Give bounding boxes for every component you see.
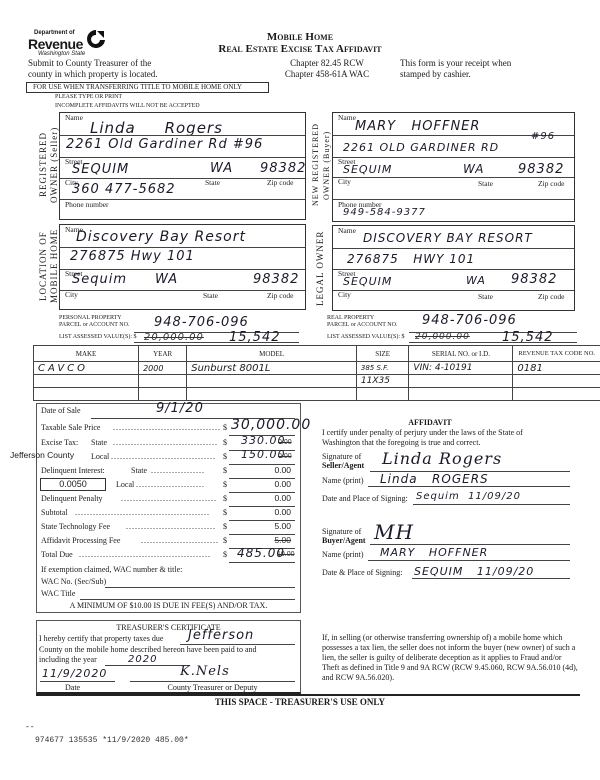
legal-city-label: City — [338, 290, 351, 299]
personal-value-field[interactable]: 15,542 — [229, 330, 281, 345]
treasurer-year-field[interactable]: 2020 — [128, 654, 157, 665]
location-section-label: LOCATION OFMOBILE HOME — [38, 226, 60, 306]
col-make: MAKE — [34, 346, 139, 362]
lien-notice: If, in selling (or otherwise transferrin… — [322, 633, 580, 683]
receipt-note-1: This form is your receipt when — [400, 58, 511, 68]
wac-no-label: WAC No. (Sec/Sub) — [41, 577, 106, 586]
buyer-name-print-label: Name (print) — [322, 550, 364, 559]
excise-state-struck: 0.00 — [278, 439, 292, 446]
personal-property-label: PERSONAL PROPERTY — [59, 315, 122, 321]
cell-size[interactable] — [356, 388, 409, 401]
location-state-field[interactable]: WA — [155, 272, 178, 287]
date-of-sale-field[interactable]: 9/1/20 — [156, 401, 204, 416]
cell-model[interactable] — [187, 375, 357, 388]
seller-block: Name Linda Rogers 2261 Old Gardiner Rd #… — [59, 112, 306, 220]
buyer-city-field[interactable]: SEQUIM — [343, 163, 392, 176]
location-name-field[interactable]: Discovery Bay Resort — [76, 229, 246, 245]
cell-size[interactable]: 385 S.F. — [356, 362, 409, 375]
legal-street-field[interactable]: 276875 HWY 101 — [347, 252, 475, 266]
tech-fee-row: State Technology Fee....................… — [41, 522, 303, 536]
buyer-date-place-field[interactable]: SEQUIM 11/09/20 — [414, 565, 534, 578]
personal-parcel-label: PARCEL or ACCOUNT NO. — [59, 322, 129, 328]
personal-value-label: LIST ASSESSED VALUE(S): $ — [59, 334, 137, 340]
location-city-label: City — [65, 290, 78, 299]
buyer-signature[interactable]: MH — [374, 520, 414, 544]
cell-year[interactable]: 2000 — [139, 362, 187, 375]
location-block: Name Discovery Bay Resort 276875 Hwy 101… — [59, 224, 306, 310]
location-zip-label: Zip code — [267, 291, 293, 300]
seller-section-label: REGISTEREDOWNER (Seller) — [38, 115, 60, 215]
treasurer-line1: I hereby certify that property taxes due — [39, 634, 163, 643]
location-zip-field[interactable]: 98382 — [253, 272, 299, 287]
seller-zip-label: Zip code — [267, 178, 293, 187]
delinquent-local-field[interactable]: 0.00 — [274, 479, 291, 489]
seller-phone-field[interactable]: 360 477-5682 — [72, 182, 176, 197]
cell-year[interactable] — [139, 375, 187, 388]
seller-name-print-field[interactable]: Linda ROGERS — [380, 472, 489, 486]
col-year: YEAR — [139, 346, 187, 362]
delinquent-state-field[interactable]: 0.00 — [274, 465, 291, 475]
seller-name-label: Name — [65, 113, 83, 122]
affidavit-text-1: I certify under penalty of perjury under… — [322, 428, 523, 437]
real-value-label: LIST ASSESSED VALUE(S): $ — [327, 334, 405, 340]
delinquent-penalty-row: Delinquent Penalty......................… — [41, 494, 303, 508]
location-street-field[interactable]: 276875 Hwy 101 — [70, 249, 195, 264]
real-property-parcel: REAL PROPERTY PARCEL or ACCOUNT NO. 948-… — [327, 315, 597, 343]
location-city-field[interactable]: Sequim — [72, 272, 127, 287]
cell-make[interactable] — [34, 375, 139, 388]
wac-no-field[interactable] — [105, 587, 295, 588]
legal-name-label: Name — [338, 226, 356, 235]
buyer-zip-field[interactable]: 98382 — [518, 162, 564, 177]
buyer-section-label: NEW REGISTEREDOWNER (Buyer) — [310, 115, 332, 215]
real-parcel-label: PARCEL or ACCOUNT NO. — [327, 322, 397, 328]
wac-title-label: WAC Title — [41, 589, 75, 598]
col-tax-code: REVENUE TAX CODE NO. — [513, 346, 600, 362]
type-notice: PLEASE TYPE OR PRINT — [55, 94, 122, 100]
col-size: SIZE — [356, 346, 409, 362]
minimum-notice: A MINIMUM OF $10.00 IS DUE IN FEE(S) AND… — [36, 601, 301, 610]
buyer-zip-label: Zip code — [538, 179, 564, 188]
excise-local-row: Local...................................… — [41, 452, 303, 466]
buyer-sig-label: Signature ofBuyer/Agent — [322, 527, 366, 545]
buyer-city-label: City — [338, 177, 351, 186]
real-value-field[interactable]: 15,542 — [502, 330, 554, 345]
exemption-label: If exemption claimed, WAC number & title… — [41, 565, 182, 574]
treasurer-date-field[interactable]: 11/9/2020 — [42, 667, 107, 680]
subtotal-field[interactable]: 0.00 — [274, 507, 291, 517]
use-notice-box: FOR USE WHEN TRANSFERRING TITLE TO MOBIL… — [26, 82, 269, 93]
legal-state-field[interactable]: WA — [466, 274, 486, 287]
legal-zip-label: Zip code — [538, 292, 564, 301]
chapter-rcw: Chapter 82.45 RCW — [262, 58, 392, 68]
submit-instructions-2: county in which property is located. — [28, 69, 157, 79]
legal-name-field[interactable]: DISCOVERY BAY RESORT — [363, 231, 533, 245]
col-serial: SERIAL NO. or I.D. — [409, 346, 513, 362]
cell-tax-code[interactable] — [513, 388, 600, 401]
treasurer-county-field[interactable]: Jefferson — [188, 628, 254, 643]
treasurer-line2: County on the mobile home described here… — [39, 645, 257, 654]
submit-instructions-1: Submit to County Treasurer of the — [28, 58, 151, 68]
cell-model[interactable] — [187, 388, 357, 401]
personal-property-parcel: PERSONAL PROPERTY PARCEL or ACCOUNT NO. … — [59, 315, 309, 343]
treasurer-date-label: Date — [65, 683, 80, 692]
legal-city-field[interactable]: SEQUIM — [343, 275, 392, 288]
cell-model[interactable]: Sunburst 8001L — [187, 362, 357, 375]
receipt-stamp: 974677 135535 *11/9/2020 485.00* — [35, 736, 189, 745]
table-header-row: MAKE YEAR MODEL SIZE SERIAL NO. or I.D. … — [34, 346, 600, 362]
buyer-date-place-label: Date & Place of Signing: — [322, 568, 402, 577]
real-value-struck: 20,000.00 — [415, 332, 470, 342]
seller-sig-label: Signature ofSeller/Agent — [322, 452, 364, 470]
seller-date-place-label: Date and Place of Signing: — [322, 494, 408, 503]
real-parcel-field[interactable]: 948-706-096 — [422, 313, 517, 328]
cell-size[interactable]: 11X35 — [356, 375, 409, 388]
buyer-state-label: State — [478, 179, 493, 188]
cell-serial[interactable] — [409, 388, 513, 401]
affidavit-text-2: Washington that the foregoing is true an… — [322, 438, 480, 447]
seller-date-place-field[interactable]: Sequim 11/09/20 — [416, 491, 521, 502]
chapter-wac: Chapter 458-61A WAC — [262, 69, 392, 79]
buyer-phone-field[interactable]: 949-584-9377 — [343, 207, 426, 218]
cell-year[interactable] — [139, 388, 187, 401]
incomplete-notice: INCOMPLETE AFFIDAVITS WILL NOT BE ACCEPT… — [55, 103, 200, 109]
buyer-name-field[interactable]: MARY HOFFNER — [355, 119, 480, 134]
col-model: MODEL — [187, 346, 357, 362]
form-title-line2: Real Estate Excise Tax Affidavit — [0, 43, 600, 55]
legal-owner-block: Name DISCOVERY BAY RESORT 276875 HWY 101… — [332, 225, 575, 311]
stamp-dash: -- — [25, 723, 35, 732]
form-title-line1: Mobile Home — [0, 31, 600, 43]
table-row: 11X35 — [34, 375, 600, 388]
buyer-name-label: Name — [338, 113, 356, 122]
cell-make[interactable] — [34, 388, 139, 401]
wac-title-field[interactable] — [80, 599, 295, 600]
treasurer-title: TREASURER'S CERTIFICATE — [36, 623, 301, 632]
personal-parcel-field[interactable]: 948-706-096 — [154, 315, 249, 330]
seller-phone-label: Phone number — [65, 200, 109, 209]
treasurer-use-only: THIS SPACE - TREASURER'S USE ONLY — [0, 697, 600, 707]
real-property-label: REAL PROPERTY — [327, 315, 374, 321]
buyer-name-print-field[interactable]: MARY HOFFNER — [380, 546, 488, 559]
tech-fee-field[interactable]: 5.00 — [274, 521, 291, 531]
seller-zip-field[interactable]: 98382 — [260, 161, 306, 176]
processing-fee-struck: 5.00 — [274, 535, 291, 545]
cell-serial[interactable]: VIN: 4-10191 — [409, 362, 513, 375]
seller-state-field[interactable]: WA — [210, 161, 233, 176]
delinquent-interest-local-row: Local....................... $ 0.00 — [41, 480, 303, 494]
treasurer-line3: including the year — [39, 655, 97, 664]
taxable-sale-price-field[interactable]: 30,000.00 — [231, 417, 311, 433]
treasurer-signer-label: County Treasurer or Deputy — [130, 683, 295, 692]
use-notice: FOR USE WHEN TRANSFERRING TITLE TO MOBIL… — [33, 83, 242, 91]
cell-make[interactable]: CAVCO — [34, 362, 139, 375]
seller-state-label: State — [205, 178, 220, 187]
receipt-note-2: stamped by cashier. — [400, 69, 471, 79]
personal-value-struck: 20,000.00 — [144, 332, 204, 343]
buyer-street-field[interactable]: 2261 OLD GARDINER RD — [343, 141, 499, 154]
seller-city-field[interactable]: SEQUIM — [72, 162, 129, 177]
mobile-home-table: MAKE YEAR MODEL SIZE SERIAL NO. or I.D. … — [33, 345, 600, 401]
excise-local-struck: 0.00 — [278, 453, 292, 460]
buyer-block: Name MARY HOFFNER #96 2261 OLD GARDINER … — [332, 112, 575, 222]
cell-tax-code[interactable]: 0181 — [513, 362, 600, 375]
total-due-row: Total Due...............................… — [41, 550, 303, 564]
total-due-struck: 10.00 — [277, 551, 295, 558]
cell-tax-code[interactable] — [513, 375, 600, 388]
subtotal-row: Subtotal................................… — [41, 508, 303, 522]
buyer-street-suffix: #96 — [531, 131, 555, 142]
seller-name-print-label: Name (print) — [322, 476, 364, 485]
table-row — [34, 388, 600, 401]
location-state-label: State — [203, 291, 218, 300]
delinquent-penalty-field[interactable]: 0.00 — [274, 493, 291, 503]
affidavit-title: AFFIDAVIT — [310, 418, 550, 427]
seller-street-field[interactable]: 2261 Old Gardiner Rd #96 — [66, 137, 263, 152]
table-row: CAVCO 2000 Sunburst 8001L 385 S.F. VIN: … — [34, 362, 600, 375]
seller-signature[interactable]: Linda Rogers — [382, 449, 502, 468]
buyer-state-field[interactable]: WA — [463, 162, 484, 176]
legal-state-label: State — [478, 292, 493, 301]
treasurer-signature[interactable]: K.Nels — [180, 664, 230, 679]
legal-owner-section-label: LEGAL OWNER — [315, 228, 326, 308]
legal-zip-field[interactable]: 98382 — [511, 272, 557, 287]
cell-serial[interactable] — [409, 375, 513, 388]
